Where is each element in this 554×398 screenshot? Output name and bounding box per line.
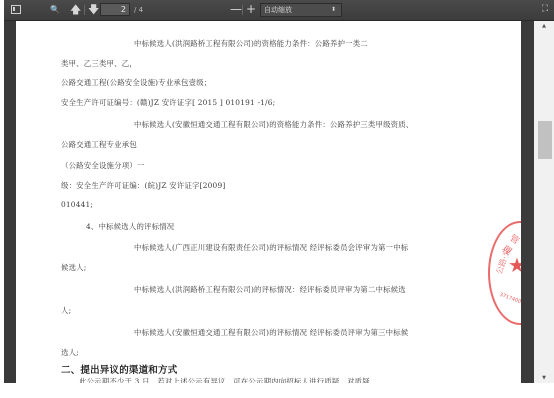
zoom-out-button[interactable]: — bbox=[230, 3, 240, 16]
section-heading: 二、提出异议的渠道和方式 bbox=[61, 362, 177, 376]
doc-line: 中标候选人(安徽恒通交通工程有限公司)的评标情况 经评标委员评审为第三中标候 bbox=[134, 327, 408, 338]
doc-line: （公路安全设施分项）一 bbox=[61, 160, 145, 171]
doc-line: 候选人; bbox=[61, 262, 86, 273]
zoom-level-label: 自动缩放 bbox=[264, 6, 292, 14]
doc-line: 安全生产许可证编号：(赣)JZ 安许证字[ 2015 ] 010191 -1/6… bbox=[61, 97, 275, 108]
doc-line: 人; bbox=[61, 305, 71, 316]
zoom-level-select[interactable]: 自动缩放 ⬍ bbox=[260, 3, 342, 17]
doc-line: 中标候选人(洪润路桥工程有限公司)的评标情况：经评标委员评审为第二中标候选 bbox=[134, 284, 406, 295]
doc-line: 公路交通工程专业承包 bbox=[61, 139, 137, 150]
doc-line: 中标候选人(广西正川建设有限责任公司)的评标情况 经评标委员会评审为第一中标 bbox=[134, 242, 408, 253]
doc-line: 级：安全生产许可证编：(皖)JZ 安许证字[2009] bbox=[61, 180, 225, 191]
zoom-in-button[interactable]: + bbox=[246, 3, 256, 16]
pdf-viewer: 🔍 🡅 🡇 2 / 4 — + 自动缩放 ⬍ ⛶ 中标候选人(洪润路桥工程有限公… bbox=[4, 0, 554, 383]
doc-line: 选人; bbox=[61, 347, 79, 358]
fullscreen-icon[interactable]: ⛶ bbox=[539, 3, 551, 16]
doc-line: 类甲、乙三类甲、乙， bbox=[61, 58, 137, 69]
vertical-scrollbar[interactable]: ▲ ▼ bbox=[534, 21, 554, 383]
scroll-down-arrow-icon[interactable]: ▼ bbox=[534, 375, 554, 381]
scrollbar-thumb[interactable] bbox=[538, 121, 552, 159]
page-number-input[interactable]: 2 bbox=[100, 3, 130, 16]
previous-page-icon[interactable]: 🡅 bbox=[70, 3, 80, 16]
toolbar-divider bbox=[242, 5, 243, 15]
seal-star-icon: ★ bbox=[508, 253, 521, 277]
search-icon[interactable]: 🔍 bbox=[50, 3, 60, 16]
document-page: 中标候选人(洪润路桥工程有限公司)的资格能力条件：公路养护一类二 类甲、乙三类甲… bbox=[16, 21, 521, 383]
doc-line: 此公示期不少于 3 日，若对上述公示有异议，可在公示期内向招标人进行质疑，对质疑 bbox=[79, 376, 370, 383]
doc-line: 公路交通工程(公路安全设施)专业承包壹级； bbox=[61, 77, 211, 88]
doc-line: 010441; bbox=[61, 200, 93, 209]
scroll-up-arrow-icon[interactable]: ▲ bbox=[534, 23, 554, 29]
pdf-toolbar: 🔍 🡅 🡇 2 / 4 — + 自动缩放 ⬍ ⛶ bbox=[4, 0, 554, 21]
doc-line: 中标候选人(洪润路桥工程有限公司)的资格能力条件：公路养护一类二 bbox=[134, 38, 368, 49]
toolbar-divider bbox=[84, 5, 85, 15]
doc-line: 中标候选人(安徽恒通交通工程有限公司)的资格能力条件：公路养护三类甲级资质、 bbox=[134, 119, 413, 130]
page-total-label: / 4 bbox=[134, 4, 143, 16]
viewer-gutter bbox=[521, 21, 534, 383]
sidebar-toggle-icon[interactable] bbox=[11, 5, 21, 14]
doc-line: 4、中标候选人的评标情况 bbox=[86, 221, 174, 232]
next-page-icon[interactable]: 🡇 bbox=[88, 3, 98, 16]
dropdown-arrow-icon: ⬍ bbox=[331, 4, 336, 16]
